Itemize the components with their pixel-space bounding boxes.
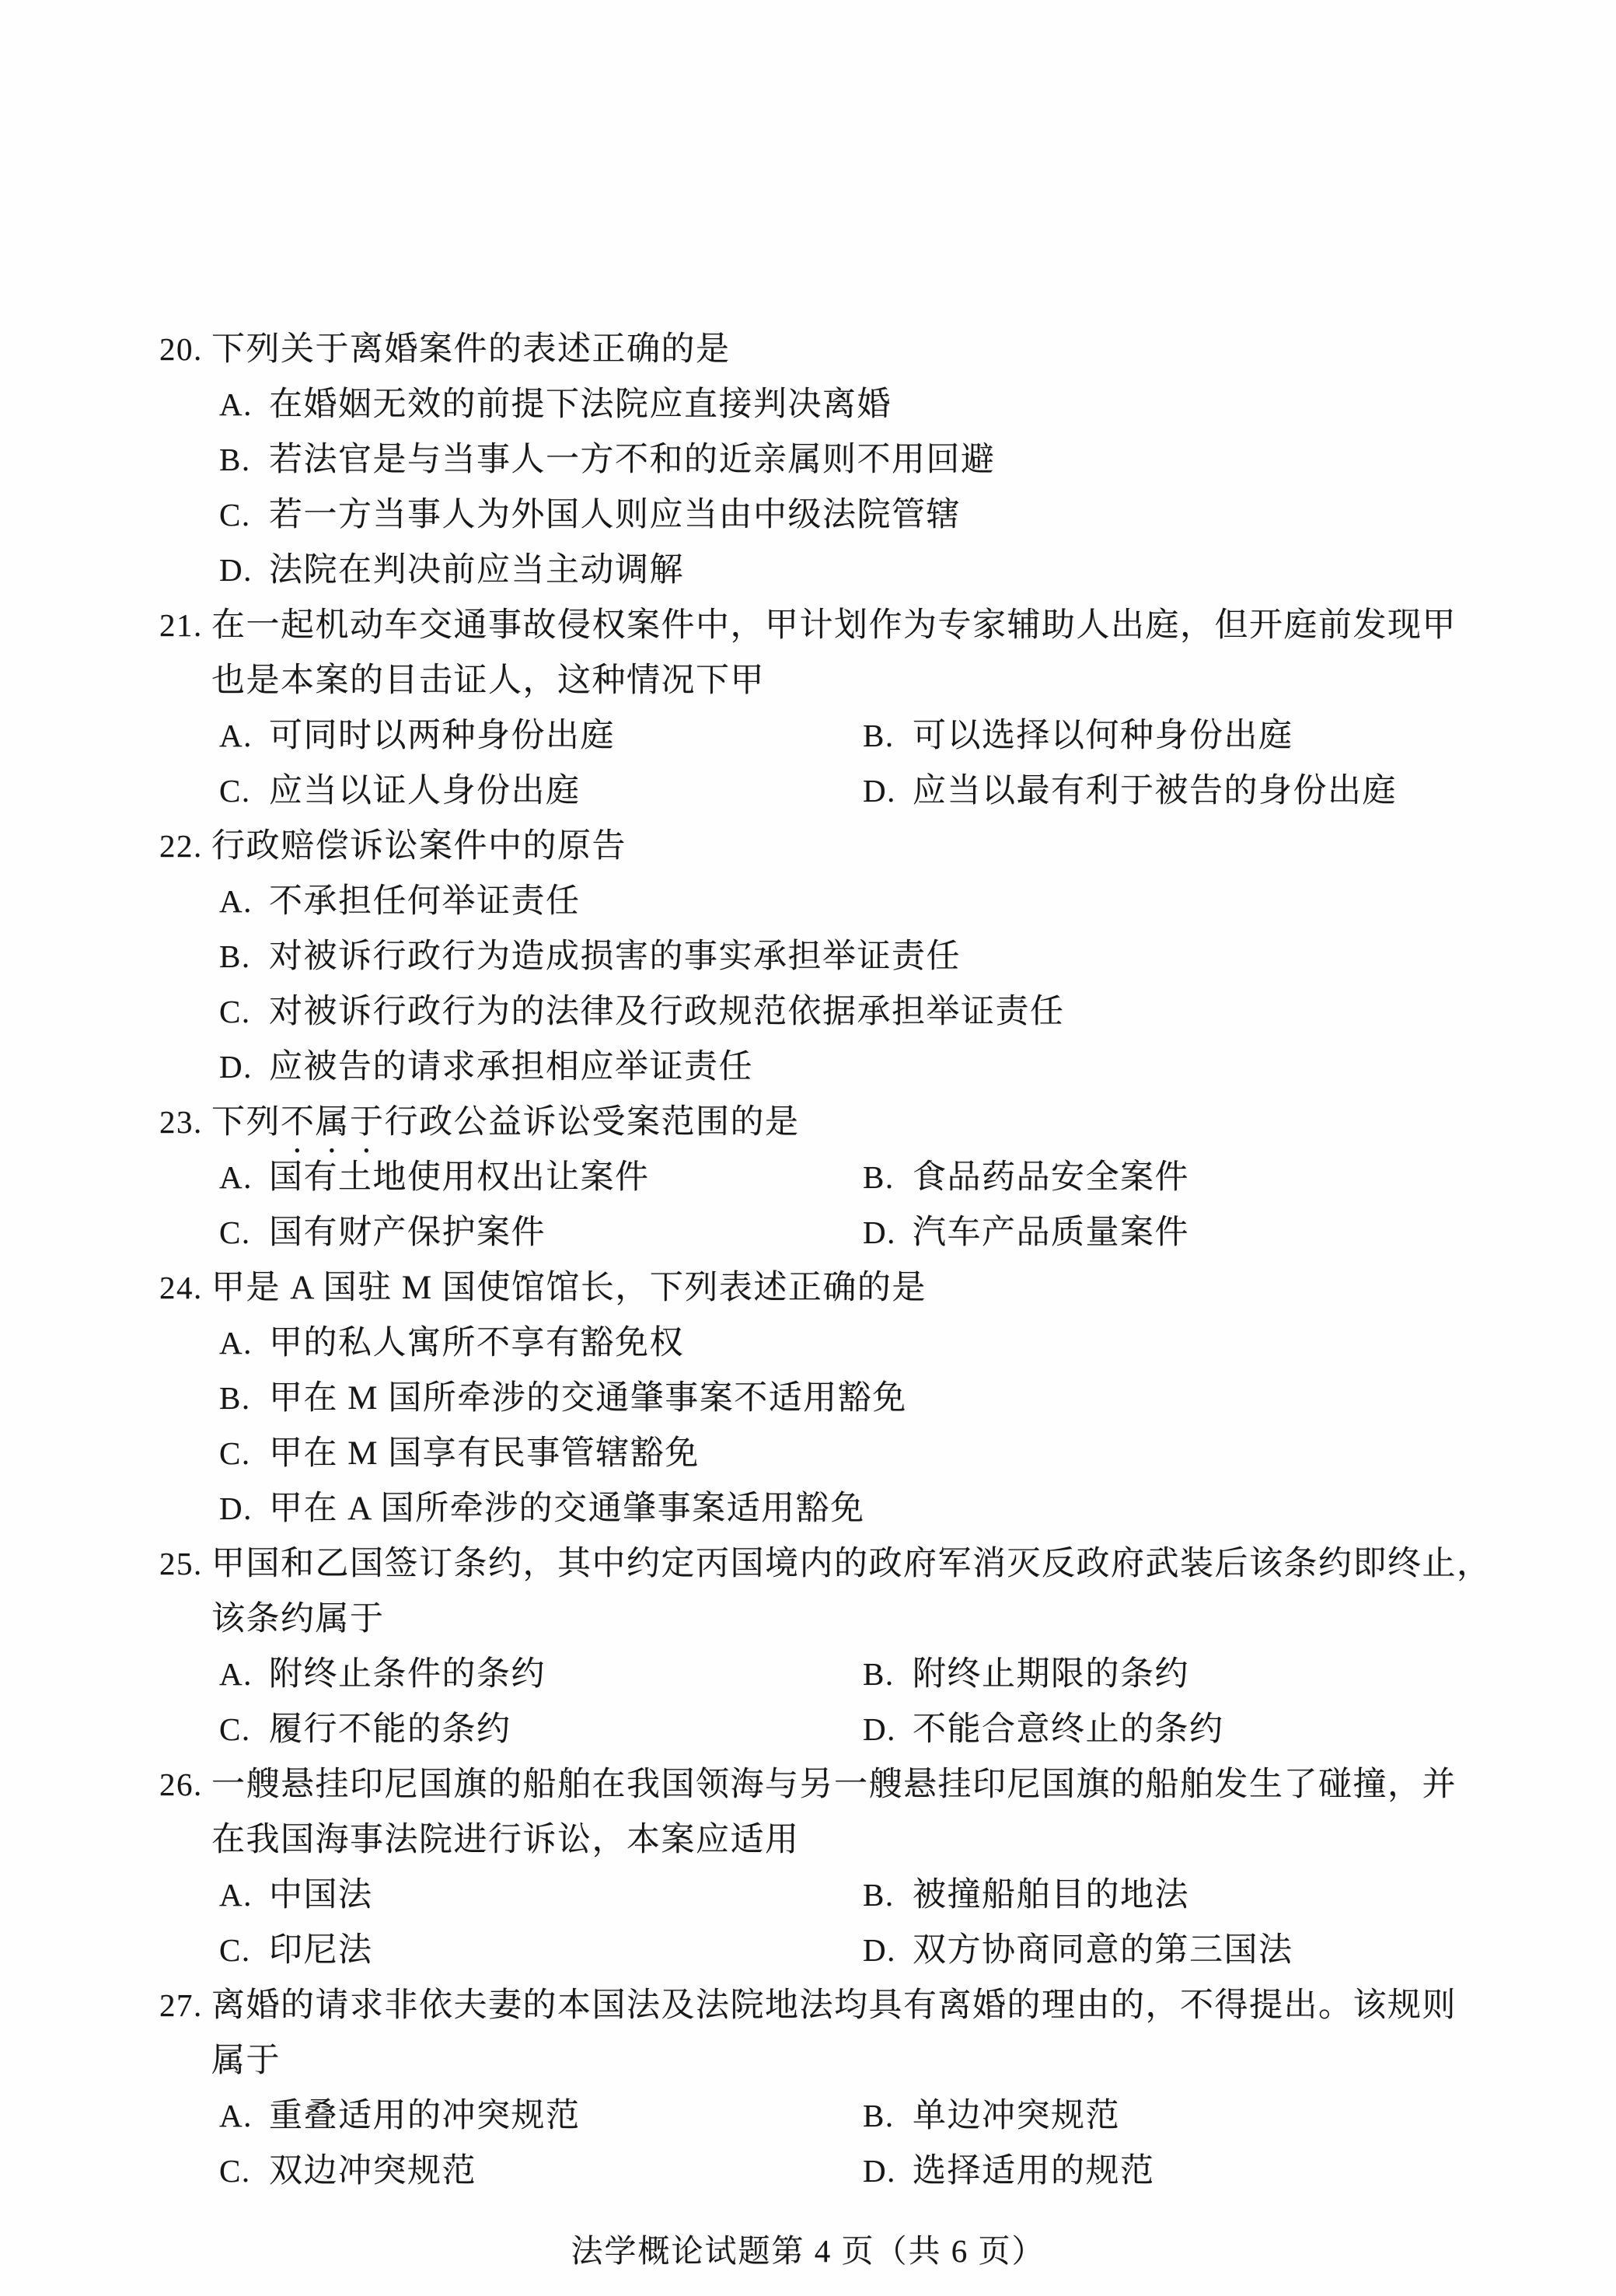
option-label: B. [863,2088,913,2144]
option-d: D.法院在判决前应当主动调解 [0,543,1616,598]
option-text: 若一方当事人为外国人则应当由中级法院管辖 [269,497,961,533]
emphasized-text: 不属于 [281,1104,385,1141]
option-a: A.在婚姻无效的前提下法院应直接判决离婚 [0,377,1616,432]
option-label: A. [219,1150,269,1205]
option-label: C. [219,1426,269,1481]
question-27: 27.离婚的请求非依夫妻的本国法及法院地法均具有离婚的理由的，不得提出。该规则 … [0,1978,1616,2199]
option-a: A.可同时以两种身份出庭 [219,708,863,764]
option-text: 在婚姻无效的前提下法院应直接判决离婚 [269,386,892,423]
option-c: C.应当以证人身份出庭 [219,764,863,819]
option-d: D.汽车产品质量案件 [863,1205,1616,1260]
option-c: C.甲在 M 国享有民事管辖豁免 [0,1426,1616,1481]
question-stem: 在一起机动车交通事故侵权案件中，甲计划作为专家辅助人出庭，但开庭前发现甲 [211,607,1457,644]
option-text: 中国法 [269,1877,373,1913]
question-number: 26. [159,1757,211,1812]
option-label: C. [219,764,269,819]
question-number: 20. [159,322,211,377]
option-label: D. [863,1923,913,1978]
page-footer: 法学概论试题第 4 页（共 6 页） [0,2224,1616,2279]
option-label: A. [219,1647,269,1702]
question-number: 27. [159,1978,211,2033]
option-label: A. [219,1316,269,1371]
option-text: 甲的私人寓所不享有豁免权 [269,1325,684,1361]
option-b: B.附终止期限的条约 [863,1647,1616,1702]
option-label: C. [219,1702,269,1757]
option-label: D. [863,764,913,819]
option-d: D.甲在 A 国所牵涉的交通肇事案适用豁免 [0,1481,1616,1536]
option-c: C.履行不能的条约 [219,1702,863,1757]
exam-content: 20.下列关于离婚案件的表述正确的是 A.在婚姻无效的前提下法院应直接判决离婚 … [0,0,1616,2279]
question-stem: 甲是 A 国驻 M 国使馆馆长，下列表述正确的是 [211,1270,927,1306]
question-stem: 离婚的请求非依夫妻的本国法及法院地法均具有离婚的理由的，不得提出。该规则 [211,1987,1457,2024]
option-text: 附终止期限的条约 [913,1656,1189,1693]
option-c: C.国有财产保护案件 [219,1205,863,1260]
option-label: A. [219,1868,269,1923]
option-d: D.不能合意终止的条约 [863,1702,1616,1757]
option-a: A.不承担任何举证责任 [0,874,1616,929]
question-number: 22. [159,819,211,874]
question-number: 24. [159,1260,211,1316]
option-text: 汽车产品质量案件 [913,1214,1189,1251]
option-text: 履行不能的条约 [269,1711,511,1748]
option-text: 甲在 M 国所牵涉的交通肇事案不适用豁免 [269,1380,907,1417]
option-d: D.选择适用的规范 [863,2144,1616,2199]
option-a: A.甲的私人寓所不享有豁免权 [0,1316,1616,1371]
option-text: 不承担任何举证责任 [269,883,581,920]
option-label: C. [219,984,269,1040]
option-label: A. [219,708,269,764]
question-number: 23. [159,1095,211,1150]
option-label: D. [219,543,269,598]
option-c: C.双边冲突规范 [219,2144,863,2199]
question-22: 22.行政赔偿诉讼案件中的原告 A.不承担任何举证责任 B.对被诉行政行为造成损… [0,819,1616,1095]
option-label: B. [863,708,913,764]
option-text: 被撞船舶目的地法 [913,1877,1189,1913]
option-c: C.若一方当事人为外国人则应当由中级法院管辖 [0,488,1616,543]
question-24: 24.甲是 A 国驻 M 国使馆馆长，下列表述正确的是 A.甲的私人寓所不享有豁… [0,1260,1616,1536]
option-b: B.单边冲突规范 [863,2088,1616,2144]
option-text: 双边冲突规范 [269,2153,476,2189]
option-text: 印尼法 [269,1932,373,1969]
option-label: C. [219,2144,269,2199]
option-label: D. [863,2144,913,2199]
option-label: D. [219,1481,269,1536]
question-stem-continuation: 也是本案的目击证人，这种情况下甲 [0,653,1616,708]
option-d: D.应当以最有利于被告的身份出庭 [863,764,1616,819]
option-c: C.对被诉行政行为的法律及行政规范依据承担举证责任 [0,984,1616,1040]
question-number: 21. [159,598,211,653]
option-text: 单边冲突规范 [913,2098,1120,2134]
option-b: B.食品药品安全案件 [863,1150,1616,1205]
option-label: A. [219,2088,269,2144]
option-text: 食品药品安全案件 [913,1159,1189,1196]
question-26: 26.一艘悬挂印尼国旗的船舶在我国领海与另一艘悬挂印尼国旗的船舶发生了碰撞，并 … [0,1757,1616,1978]
question-stem-continuation: 属于 [0,2033,1616,2088]
question-stem: 甲国和乙国签订条约，其中约定丙国境内的政府军消灭反政府武装后该条约即终止， [211,1546,1492,1582]
option-label: B. [219,432,269,488]
question-25: 25.甲国和乙国签订条约，其中约定丙国境内的政府军消灭反政府武装后该条约即终止，… [0,1536,1616,1757]
option-text: 若法官是与当事人一方不和的近亲属则不用回避 [269,442,996,478]
option-text: 应当以证人身份出庭 [269,773,581,809]
question-21: 21.在一起机动车交通事故侵权案件中，甲计划作为专家辅助人出庭，但开庭前发现甲 … [0,598,1616,819]
option-text: 不能合意终止的条约 [913,1711,1224,1748]
option-b: B.可以选择以何种身份出庭 [863,708,1616,764]
option-label: A. [219,377,269,432]
option-label: B. [219,1371,269,1426]
option-b: B.甲在 M 国所牵涉的交通肇事案不适用豁免 [0,1371,1616,1426]
option-text: 对被诉行政行为造成损害的事实承担举证责任 [269,938,961,975]
option-text: 甲在 M 国享有民事管辖豁免 [269,1435,700,1472]
option-b: B.对被诉行政行为造成损害的事实承担举证责任 [0,929,1616,984]
question-23: 23.下列不属于行政公益诉讼受案范围的是 A.国有土地使用权出让案件 B.食品药… [0,1095,1616,1260]
option-label: B. [863,1868,913,1923]
option-text: 可以选择以何种身份出庭 [913,718,1293,754]
question-stem-continuation: 该条约属于 [0,1592,1616,1647]
question-number: 25. [159,1536,211,1592]
option-text: 可同时以两种身份出庭 [269,718,615,754]
option-label: B. [863,1647,913,1702]
option-label: A. [219,874,269,929]
option-text: 双方协商同意的第三国法 [913,1932,1293,1969]
option-label: B. [219,929,269,984]
option-text: 应被告的请求承担相应举证责任 [269,1049,753,1085]
option-text: 附终止条件的条约 [269,1656,546,1693]
option-b: B.被撞船舶目的地法 [863,1868,1616,1923]
option-label: C. [219,1923,269,1978]
option-a: A.国有土地使用权出让案件 [219,1150,863,1205]
option-text: 国有财产保护案件 [269,1214,546,1251]
option-text: 法院在判决前应当主动调解 [269,552,684,589]
option-c: C.印尼法 [219,1923,863,1978]
option-text: 选择适用的规范 [913,2153,1155,2189]
option-d: D.应被告的请求承担相应举证责任 [0,1040,1616,1095]
option-label: D. [219,1040,269,1095]
question-stem: 下列关于离婚案件的表述正确的是 [211,331,731,368]
question-stem-continuation: 在我国海事法院进行诉讼，本案应适用 [0,1812,1616,1868]
question-stem: 下列不属于行政公益诉讼受案范围的是 [211,1104,800,1141]
option-label: D. [863,1702,913,1757]
option-text: 应当以最有利于被告的身份出庭 [913,773,1397,809]
option-a: A.重叠适用的冲突规范 [219,2088,863,2144]
question-stem: 行政赔偿诉讼案件中的原告 [211,828,627,865]
exam-page: 20.下列关于离婚案件的表述正确的是 A.在婚姻无效的前提下法院应直接判决离婚 … [0,0,1616,2296]
option-a: A.中国法 [219,1868,863,1923]
option-a: A.附终止条件的条约 [219,1647,863,1702]
question-20: 20.下列关于离婚案件的表述正确的是 A.在婚姻无效的前提下法院应直接判决离婚 … [0,322,1616,598]
option-text: 甲在 A 国所牵涉的交通肇事案适用豁免 [269,1490,865,1527]
option-label: C. [219,1205,269,1260]
option-label: C. [219,488,269,543]
option-text: 重叠适用的冲突规范 [269,2098,581,2134]
option-d: D.双方协商同意的第三国法 [863,1923,1616,1978]
option-label: B. [863,1150,913,1205]
option-text: 国有土地使用权出让案件 [269,1159,650,1196]
option-b: B.若法官是与当事人一方不和的近亲属则不用回避 [0,432,1616,488]
option-text: 对被诉行政行为的法律及行政规范依据承担举证责任 [269,994,1065,1030]
option-label: D. [863,1205,913,1260]
question-stem: 一艘悬挂印尼国旗的船舶在我国领海与另一艘悬挂印尼国旗的船舶发生了碰撞，并 [211,1767,1457,1803]
